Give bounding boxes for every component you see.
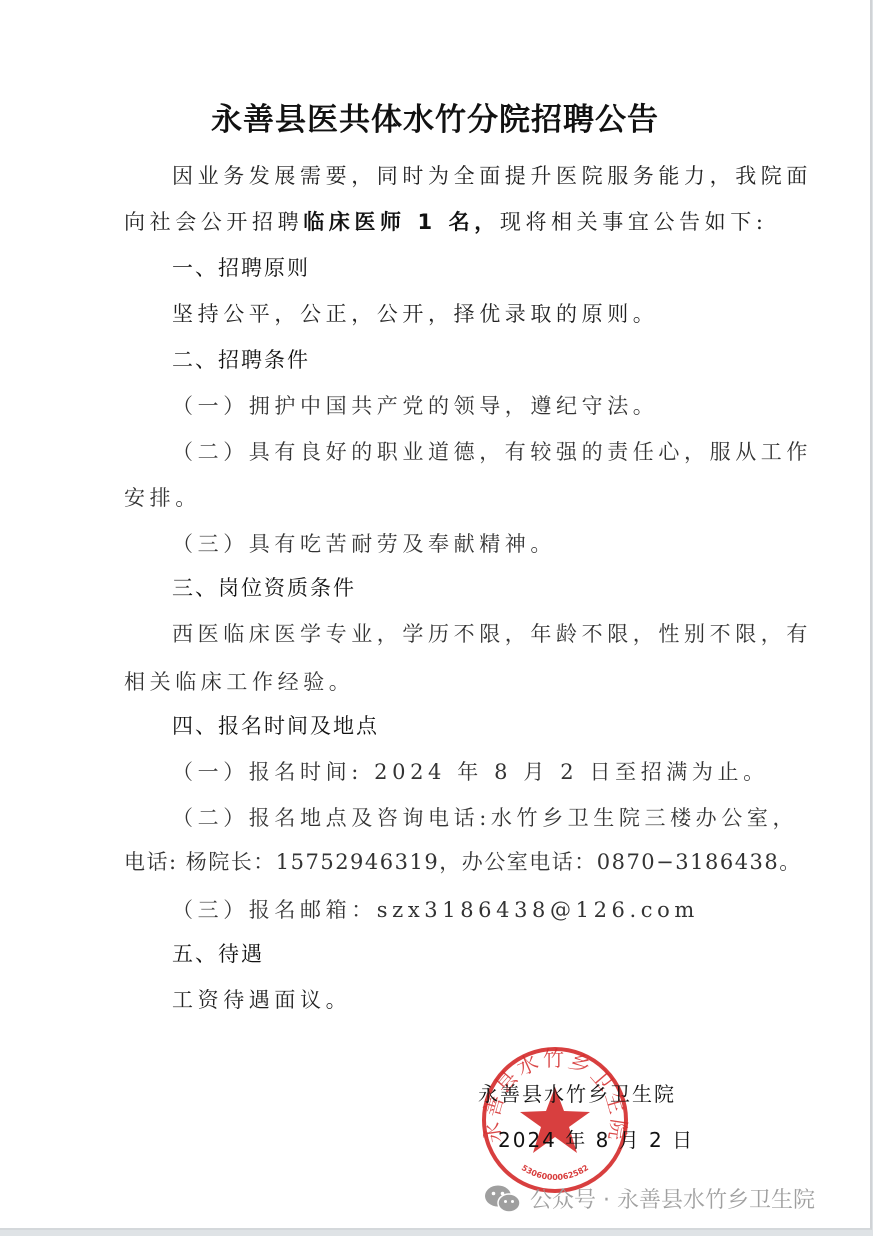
- watermark: 公众号 · 永善县水竹乡卫生院: [484, 1183, 815, 1214]
- intro-position-highlight: 临床医师 1 名，: [303, 210, 500, 234]
- section-heading-3: 三、岗位资质条件: [172, 574, 356, 602]
- page-title: 永善县医共体水竹分院招聘公告: [0, 94, 870, 139]
- section-heading-2: 二、招聘条件: [172, 346, 310, 374]
- stamp-number: 5306000062582: [520, 1163, 590, 1182]
- qualification-line-2: 相关临床工作经验。: [124, 668, 354, 696]
- intro-prefix: 向社会公开招聘: [124, 210, 303, 234]
- registration-email: （三）报名邮箱：szx3186438@126.com: [172, 896, 699, 924]
- section-heading-4: 四、报名时间及地点: [172, 712, 379, 740]
- watermark-text: 公众号 · 永善县水竹乡卫生院: [530, 1183, 815, 1214]
- condition-item-1: （一）拥护中国共产党的领导，遵纪守法。: [172, 392, 658, 420]
- condition-item-3: （三）具有吃苦耐劳及奉献精神。: [172, 530, 556, 558]
- svg-text:5306000062582: 5306000062582: [520, 1163, 590, 1182]
- signature-date: 2024 年 8 月 2 日: [498, 1124, 694, 1153]
- document-page: 永善县医共体水竹分院招聘公告 因业务发展需要，同时为全面提升医院服务能力，我院面…: [0, 0, 872, 1230]
- intro-line-2: 向社会公开招聘临床医师 1 名，现将相关事宜公告如下:: [124, 208, 768, 236]
- intro-suffix: 现将相关事宜公告如下:: [500, 210, 768, 234]
- registration-place: （二）报名地点及咨询电话:水竹乡卫生院三楼办公室，: [172, 804, 798, 832]
- section-1-text: 坚持公平，公正，公开，择优录取的原则。: [172, 300, 658, 328]
- intro-line-1: 因业务发展需要，同时为全面提升医院服务能力，我院面: [172, 162, 812, 190]
- wechat-icon: [484, 1184, 522, 1214]
- signature-org: 永善县水竹乡卫生院: [478, 1078, 676, 1107]
- condition-item-2-cont: 安排。: [124, 484, 201, 512]
- registration-time: （一）报名时间: 2024 年 8 月 2 日至招满为止。: [172, 758, 769, 786]
- section-heading-5: 五、待遇: [172, 940, 264, 968]
- qualification-line-1: 西医临床医学专业，学历不限，年龄不限，性别不限，有: [172, 620, 812, 648]
- registration-phone: 电话: 杨院长：15752946319，办公室电话：0870−3186438。: [124, 848, 802, 876]
- salary-text: 工资待遇面议。: [172, 986, 351, 1014]
- condition-item-2: （二）具有良好的职业道德，有较强的责任心，服从工作: [172, 438, 812, 466]
- official-stamp: 永善县水竹乡卫生院 5306000062582: [480, 1045, 630, 1195]
- section-heading-1: 一、招聘原则: [172, 254, 310, 282]
